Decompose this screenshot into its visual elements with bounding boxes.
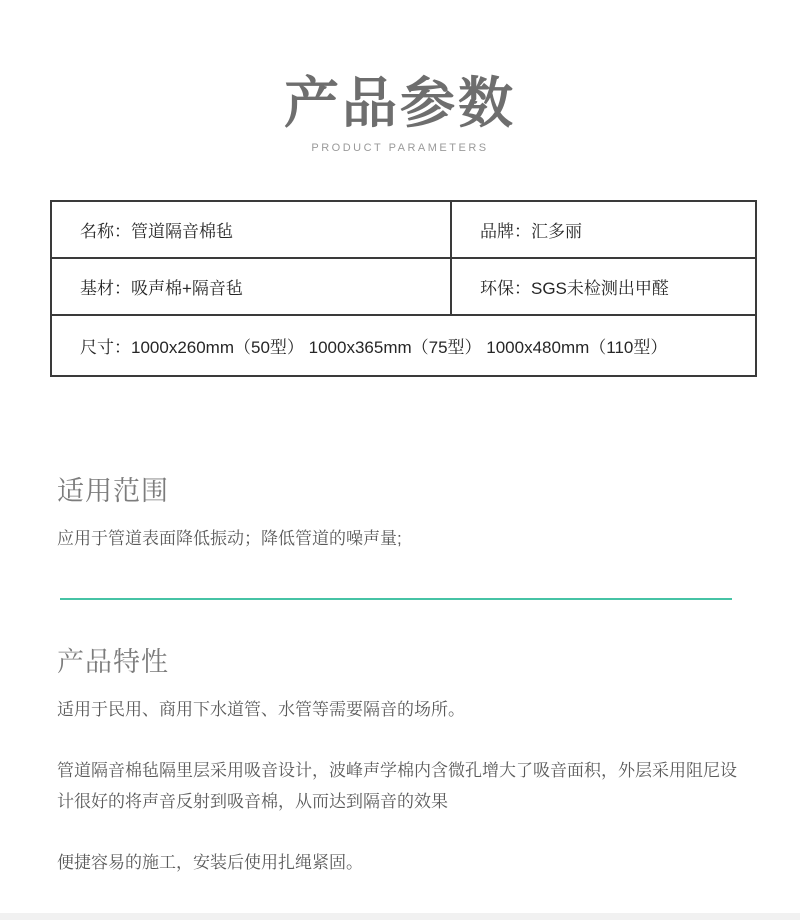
section-paragraph: 便捷容易的施工，安装后使用扎绳紧固。 bbox=[57, 847, 747, 878]
section-product-features: 产品特性 适用于民用、商用下水道管、水管等需要隔音的场所。 管道隔音棉毡隔里层采… bbox=[57, 640, 747, 878]
detail-sections: 适用范围 应用于管道表面降低振动；降低管道的噪声量; 产品特性 适用于民用、商用… bbox=[57, 469, 747, 878]
param-name-cell: 名称：管道隔音棉毡 bbox=[51, 201, 451, 258]
table-row: 名称：管道隔音棉毡 品牌：汇多丽 bbox=[51, 201, 756, 258]
param-eco-cell: 环保：SGS未检测出甲醛 bbox=[451, 258, 756, 315]
page-subtitle: PRODUCT PARAMETERS bbox=[0, 142, 800, 154]
section-heading: 适用范围 bbox=[57, 469, 747, 508]
hero-header: 产品参数 PRODUCT PARAMETERS bbox=[0, 0, 800, 154]
section-paragraph: 管道隔音棉毡隔里层采用吸音设计，波峰声学棉内含微孔增大了吸音面积，外层采用阻尼设… bbox=[57, 755, 747, 817]
product-detail-page: 产品参数 PRODUCT PARAMETERS 名称：管道隔音棉毡 品牌：汇多丽… bbox=[0, 0, 800, 920]
accent-divider bbox=[60, 598, 732, 600]
table-row: 基材：吸声棉+隔音毡 环保：SGS未检测出甲醛 bbox=[51, 258, 756, 315]
param-size-cell: 尺寸：1000x260mm（50型） 1000x365mm（75型） 1000x… bbox=[51, 315, 756, 376]
param-material-cell: 基材：吸声棉+隔音毡 bbox=[51, 258, 451, 315]
bottom-gray-strip bbox=[0, 913, 800, 920]
param-brand-cell: 品牌：汇多丽 bbox=[451, 201, 756, 258]
page-title: 产品参数 bbox=[0, 72, 800, 134]
section-heading: 产品特性 bbox=[57, 640, 747, 679]
parameters-table: 名称：管道隔音棉毡 品牌：汇多丽 基材：吸声棉+隔音毡 环保：SGS未检测出甲醛… bbox=[50, 200, 757, 377]
section-applicable-range: 适用范围 应用于管道表面降低振动；降低管道的噪声量; bbox=[57, 469, 747, 554]
section-paragraph: 适用于民用、商用下水道管、水管等需要隔音的场所。 bbox=[57, 694, 747, 725]
table-row: 尺寸：1000x260mm（50型） 1000x365mm（75型） 1000x… bbox=[51, 315, 756, 376]
section-paragraph: 应用于管道表面降低振动；降低管道的噪声量; bbox=[57, 523, 747, 554]
